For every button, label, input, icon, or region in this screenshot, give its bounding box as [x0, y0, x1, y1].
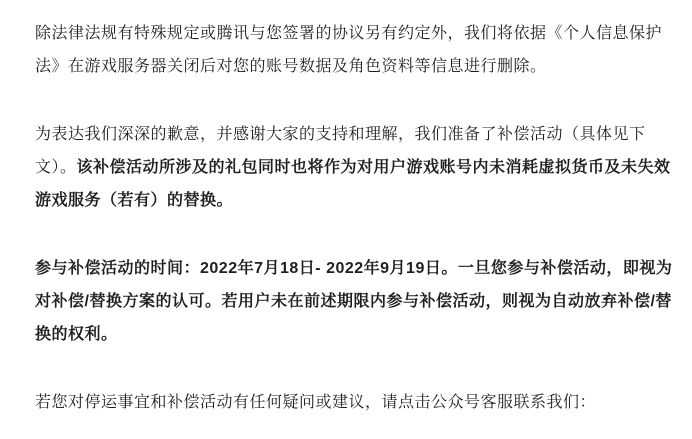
text-segment-emphasis: 换的权利。 [35, 326, 118, 343]
text-segment: 若您对停运事宜和补偿活动有任何疑问或建议，请点击公众号客服联系我们： [35, 394, 596, 411]
text-segment: 为表达我们深深的歉意，并感谢大家的支持和理解，我们准备了补偿活动（具体见下 [35, 126, 646, 143]
text-line: 若您对停运事宜和补偿活动有任何疑问或建议，请点击公众号客服联系我们： [35, 386, 668, 419]
paragraph-contact-support: 若您对停运事宜和补偿活动有任何疑问或建议，请点击公众号客服联系我们： [35, 386, 668, 419]
text-segment-emphasis: 该补偿活动所涉及的礼包同时也将作为对用户游戏账号内未消耗虚拟货币及未失效 [77, 159, 671, 176]
paragraph-apology-compensation: 为表达我们深深的歉意，并感谢大家的支持和理解，我们准备了补偿活动（具体见下 文）… [35, 118, 668, 217]
text-segment-emphasis: 游戏服务（若有）的替换。 [35, 192, 233, 209]
text-segment: 除法律法规有特殊规定或腾讯与您签署的协议另有约定外，我们将依据《个人信息保护 [35, 25, 662, 42]
text-line: 对补偿/替换方案的认可。若用户未在前述期限内参与补偿活动，则视为自动放弃补偿/替 [35, 285, 668, 318]
text-line: 法》在游戏服务器关闭后对您的账号数据及角色资料等信息进行删除。 [35, 50, 668, 83]
text-line: 为表达我们深深的歉意，并感谢大家的支持和理解，我们准备了补偿活动（具体见下 [35, 118, 668, 151]
shutdown-announcement-text: 除法律法规有特殊规定或腾讯与您签署的协议另有约定外，我们将依据《个人信息保护 法… [0, 0, 692, 419]
paragraph-data-deletion-notice: 除法律法规有特殊规定或腾讯与您签署的协议另有约定外，我们将依据《个人信息保护 法… [35, 17, 668, 83]
text-line: 除法律法规有特殊规定或腾讯与您签署的协议另有约定外，我们将依据《个人信息保护 [35, 17, 668, 50]
text-line: 文）。该补偿活动所涉及的礼包同时也将作为对用户游戏账号内未消耗虚拟货币及未失效 [35, 151, 668, 184]
text-line: 游戏服务（若有）的替换。 [35, 184, 668, 217]
paragraph-compensation-period: 参与补偿活动的时间：2022年7月18日- 2022年9月19日。一旦您参与补偿… [35, 252, 668, 351]
text-segment-emphasis: 参与补偿活动的时间：2022年7月18日- 2022年9月19日。一旦您参与补偿… [35, 260, 672, 277]
text-line: 换的权利。 [35, 318, 668, 351]
text-segment: 文）。 [35, 159, 77, 176]
text-segment: 法》在游戏服务器关闭后对您的账号数据及角色资料等信息进行删除。 [35, 58, 547, 75]
text-segment-emphasis: 对补偿/替换方案的认可。若用户未在前述期限内参与补偿活动，则视为自动放弃补偿/替 [35, 293, 672, 310]
text-line: 参与补偿活动的时间：2022年7月18日- 2022年9月19日。一旦您参与补偿… [35, 252, 668, 285]
